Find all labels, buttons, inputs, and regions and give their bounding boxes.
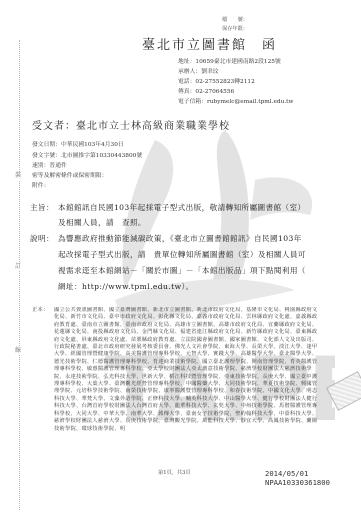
explanation-line: 網址：http://www.tpml.edu.tw）。: [58, 280, 194, 295]
recipient: 受文者：臺北市立士林高級商業職業學校: [32, 117, 230, 132]
official-seal-stamp-icon: [326, 371, 361, 411]
binding-label-zhuang: 裝: [15, 172, 21, 180]
secrecy-level: 密等及解密條件或保密期限：: [32, 171, 107, 181]
binding-line: [19, 40, 20, 510]
subject-label: 主旨：: [30, 201, 54, 216]
footer-serial-number: NPAA10330361800: [265, 478, 330, 487]
issue-date: 發文日期：中華民國103年4月30日: [32, 140, 124, 150]
document-number: 發文字號：北市圖推字第10330443800號: [32, 151, 142, 161]
sender-contact: 承辦人：劉聿玟: [178, 67, 219, 77]
explanation-line: 起改採電子型式出版，請 貴單位轉知所屬圖書館（室）及相關人員可: [58, 248, 306, 263]
delivery-speed: 速別：普通件: [32, 161, 67, 171]
sender-fax: 傳真：02-27064556: [178, 87, 234, 97]
binding-label-ding: 訂: [15, 263, 21, 271]
sender-phone: 電話：02-27552823轉2112: [178, 77, 255, 87]
document-title: 臺北市立圖書館 函: [142, 34, 277, 53]
binding-label-xian: 線: [15, 347, 21, 355]
page-number: 第1頁，共3頁: [158, 469, 191, 476]
explanation-line: 視需求逕至本館網站－「關於市圖」－「本館出版品」項下點閱利用（: [58, 264, 306, 279]
retention-period-label: 保存年限：: [222, 25, 248, 32]
footer-date: 2014/05/01: [265, 469, 308, 478]
subject-line: 本館館訊自民國103年起採電子型式出版，敬請轉知所屬圖書館（室）: [58, 201, 306, 216]
subject-line: 及相關人員，請 查照。: [58, 216, 146, 231]
attachments: 附件：: [32, 181, 49, 191]
sender-email: 電子信箱：rubymelc@email.tpml.edu.tw: [178, 97, 293, 107]
explanation-label: 說明：: [30, 232, 54, 247]
cc-label: 正本：: [32, 307, 54, 314]
sender-address: 地址：10659臺北市建國南路2段125號: [178, 57, 281, 67]
official-letter-page: TAIPEI 裝 訂 線 檔 號： 保存年限： 臺北市立圖書館 函 地址：106…: [0, 0, 361, 512]
explanation-line: 為響應政府推動節能減碳政策，《臺北市立圖書館館訊》自民國103年: [58, 232, 302, 247]
cc-recipients-list: 國立公共資訊圖書館、國立臺灣圖書館、新北市立圖書館、新北市政府文化局、基隆市文化…: [54, 307, 320, 435]
file-number-label: 檔 號：: [222, 16, 248, 23]
